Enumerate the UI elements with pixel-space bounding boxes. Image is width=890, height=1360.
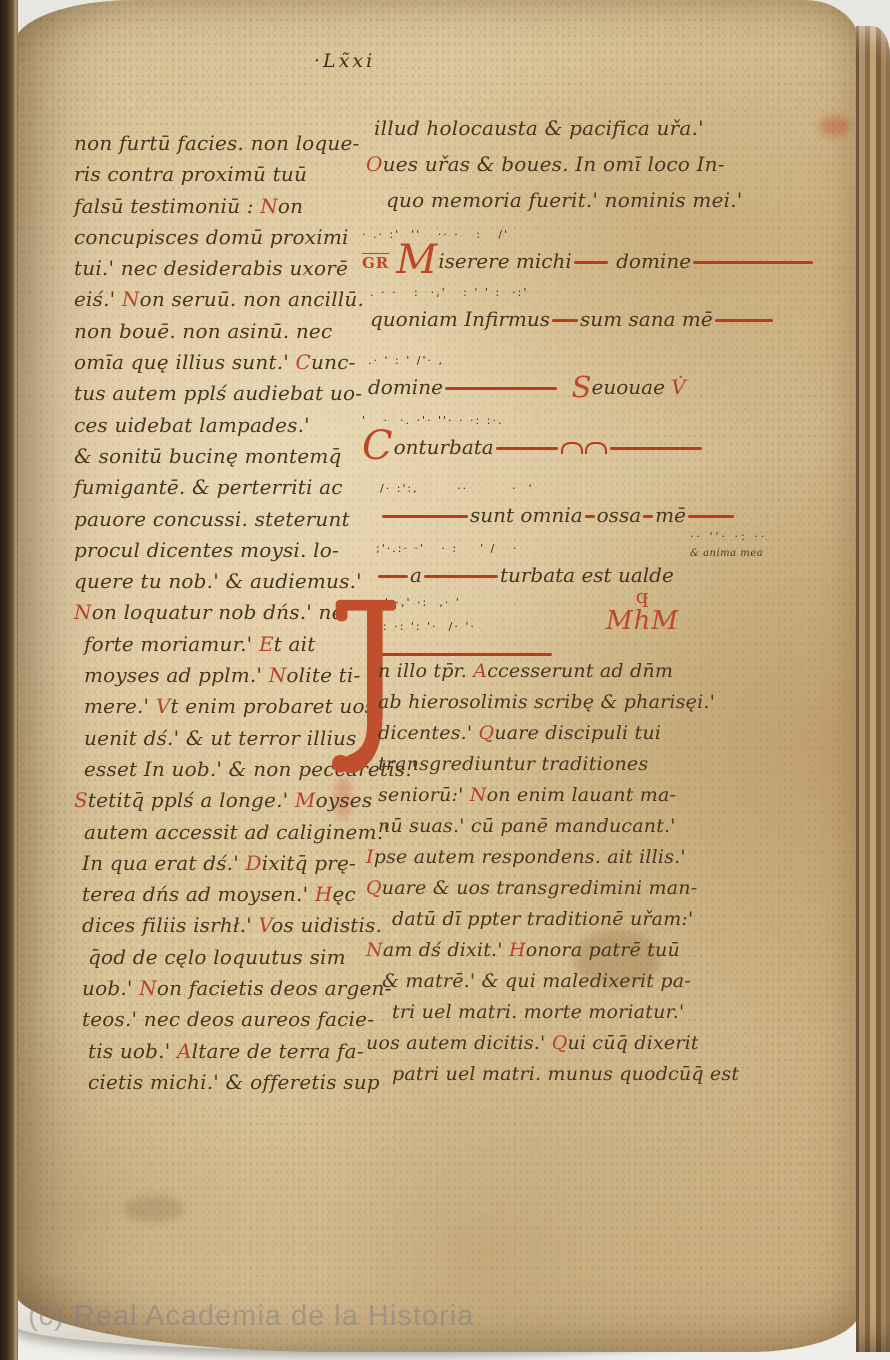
text-run: & matrē.' & qui maledixerit pa- [382,970,691,992]
manuscript-line: fumigantē. & perterriti ac [74,472,386,503]
red-initial: N [139,976,157,1000]
manuscript-line: non furtū facies. non loque- [74,128,386,159]
manuscript-line: quo memoria fuerit.' nominis mei.' [366,182,706,218]
text-run: uare discipuli tui [494,722,661,744]
manuscript-line: Quare & uos transgredimini man- [366,873,718,904]
text-run: procul dicentes moysi. lo- [74,538,339,562]
text-run: mē [655,503,686,527]
gradual-rubric: GR [362,254,389,272]
manuscript-line: teos.' nec deos aureos facie- [74,1004,386,1035]
manuscript-line: falsū testimoniū : Non [74,191,386,222]
text-run: falsū testimoniū : [74,194,260,218]
manuscript-line: q̄od de cęlo loquutus sim [74,942,386,973]
manuscript-line: Nam dś dixit.' Honora patrē tuū [366,935,718,966]
text-run: on loquatur nob dńs.' ne [92,600,344,624]
text-run: eiś.' [74,287,122,311]
chant-line: ' · ·. ·'· ''· · ·: :·.Conturbata [362,414,704,459]
melisma-rule [585,515,595,518]
text-run: euouae [592,375,672,399]
text-run: n illo tp̄r. [378,660,473,682]
red-initial: C [296,350,312,374]
text-run: autem accessit ad caliginem.' [84,820,389,844]
melisma-rule [574,261,608,264]
text-run: tus autem pplś audiebat uo- [74,381,362,405]
manuscript-line: terea dńs ad moysen.' Hęc [74,879,386,910]
chant-text: aturbata est ualde [376,563,674,587]
manuscript-line: tis uob.' Altare de terra fa- [74,1036,386,1067]
text-run: ltare de terra fa- [192,1039,364,1063]
chant-text: sunt omniaossamē [380,503,736,527]
margin-neumes: ·· ''· ·: ·· [690,530,767,548]
red-initial: E [259,632,274,656]
text-run: onturbata [394,435,494,459]
text-run: onora patrē tuū [526,939,680,961]
text-run: concupisces domū proximi [74,225,349,249]
red-initial: N [366,939,383,961]
manuscript-line: concupisces domū proximi [74,222,386,253]
manuscript-line: quere tu nob.' & audiemus.' [74,566,386,597]
manuscript-line: Oues uřas & boues. In omī loco In- [366,146,706,182]
manuscript-line: datū dī ppter traditionē uřam:' [366,904,718,935]
parchment-stain [124,1196,184,1222]
text-run: ixitq̄ prę- [262,851,356,875]
melisma-rule [610,447,702,450]
red-initial: N [269,663,287,687]
manuscript-line: dicentes.' Quare discipuli tui [366,718,718,749]
neume-row: /· :':, ·· · ' [380,482,736,503]
manuscript-line: ces uidebat lampades.' [74,410,386,441]
text-run: uob.' [82,976,139,1000]
text-run: ces uidebat lampades.' [74,413,310,437]
red-initial: H [315,882,333,906]
text-run: domine [368,375,443,399]
chant-line: .· ' : ' /'· ,domine Seuouae V̇ [368,354,686,399]
melisma-rule [693,261,813,264]
chant-line: /· :':, ·· · 'sunt omniaossamē [380,482,736,527]
text-run: mere.' [84,694,156,718]
red-initial: H [509,939,526,961]
text-run: quoniam Infirmus [370,307,550,331]
text-run: tri uel matri. morte moriatur.' [392,1001,684,1023]
neume-row: . · · : ·,' : ' ' : ·:' [370,286,775,307]
manuscript-line: patri uel matri. munus quodcūq̄ est [366,1059,718,1090]
matthew-abbreviation: MhM [606,606,679,636]
manuscript-line: In qua erat dś.' Dixitq̄ prę- [74,848,386,879]
text-run: tetitq̄ pplś a longe.' [88,788,295,812]
chant-initial: M [396,237,437,283]
text-run: iserere michi [438,249,572,273]
text-run: transgrediuntur traditiones [378,753,648,775]
red-initial: N [122,287,140,311]
chant-line: . · · : ·,' : ' ' : ·:'quoniam Infirmuss… [370,286,775,331]
text-run: on enim lauant ma- [487,784,677,806]
manuscript-line: dices filiis isrhł.' Vos uidistis. [74,910,386,941]
text-run: non bouē. non asinū. nec [74,319,332,343]
manuscript-line: uob.' Non facietis deos argen- [74,973,386,1004]
neume-row: ;'·.:· ·' · : ' / · [376,542,674,563]
text-run: uare & uos transgredimini man- [382,877,698,899]
text-run: sunt omnia [470,503,583,527]
manuscript-line: nū suas.' cū panē manducant.' [366,811,718,842]
text-run: seniorū:' [378,784,470,806]
gospel-text-column: n illo tp̄r. Accesserunt ad dn̄mab hiero… [366,656,718,1090]
text-run: uenit dś.' & ut terror illius [84,726,357,750]
text-run: cietis michi.' & offeretis sup [88,1070,380,1094]
manuscript-line: & matrē.' & qui maledixerit pa- [366,966,718,997]
text-run: ris contra proximū tuū [74,162,307,186]
text-run: dices filiis isrhł.' [82,913,258,937]
chant-text: GRMiserere michi domine [362,249,815,273]
manuscript-line: illud holocausta & pacifica uřa.' [366,110,706,146]
text-run: illud holocausta & pacifica uřa.' [374,116,704,140]
manuscript-line: cietis michi.' & offeretis sup [74,1067,386,1098]
right-text-column-top: illud holocausta & pacifica uřa.'Oues uř… [366,110,706,218]
manuscript-line: eiś.' Non seruū. non ancillū. [74,284,386,315]
red-initial: I [366,846,374,868]
manuscript-line: tri uel matri. morte moriatur.' [366,997,718,1028]
margin-gloss-text: & anima mea [690,548,767,559]
melisma-rule [378,575,408,578]
red-initial: N [74,600,92,624]
text-run: pse autem respondens. ait illis.' [374,846,686,868]
manuscript-photo: ·Lx̃xi non furtū facies. non loque-ris c… [0,0,890,1360]
parchment-page: ·Lx̃xi non furtū facies. non loque-ris c… [14,0,860,1352]
neume-row: .· ' : ' /'· , [368,354,686,375]
text-run: domine [610,249,691,273]
red-initial: V [258,913,271,937]
red-initial: D [246,851,262,875]
chant-line: · .· :' '' ·· · : /'GRMiserere michi dom… [362,228,815,273]
text-run [559,375,572,399]
melisma-rule [643,515,653,518]
manuscript-line: pauore concussi. steterunt [74,504,386,535]
binding-gutter [0,0,18,1360]
text-run: teos.' nec deos aureos facie- [82,1007,374,1031]
manuscript-line: tus autem pplś audiebat uo- [74,378,386,409]
manuscript-line: procul dicentes moysi. lo- [74,535,386,566]
text-run: datū dī ppter traditionē uřam:' [392,908,693,930]
red-initial: N [470,784,487,806]
text-run: patri uel matri. munus quodcūq̄ est [392,1063,739,1085]
melisma-rule [445,387,557,390]
red-initial: S [74,788,88,812]
red-initial: Q [479,722,495,744]
red-initial: V̇ [671,375,685,399]
text-run: ccesserunt ad dn̄m [487,660,673,682]
red-initial: V [156,694,171,718]
text-run: moyses ad pplm.' [84,663,269,687]
text-run: fumigantē. & perterriti ac [74,475,343,499]
manuscript-line: ab hierosolimis scribę & pharisęi.' [366,687,718,718]
text-run: dicentes.' [378,722,479,744]
text-run: ui cūq̄ dixerit [567,1032,698,1054]
manuscript-line: uos autem dicitis.' Qui cūq̄ dixerit [366,1028,718,1059]
text-run: uos autem dicitis.' [366,1032,552,1054]
red-initial: M [295,788,316,812]
manuscript-line: seniorū:' Non enim lauant ma- [366,780,718,811]
manuscript-line: tui.' nec desiderabis uxorē [74,253,386,284]
text-run: terea dńs ad moysen.' [82,882,315,906]
manuscript-line: autem accessit ad caliginem.' [74,817,386,848]
neume-squiggle [561,442,583,454]
text-run: forte moriamur.' [84,632,259,656]
text-run: tui.' nec desiderabis uxorē [74,256,348,280]
text-run: nū suas.' cū panē manducant.' [378,815,676,837]
margin-gloss: ·· ''· ·: ·· & anima mea [690,530,767,559]
text-run: a [410,563,422,587]
manuscript-line: ris contra proximū tuū [74,159,386,190]
red-initial: A [177,1039,192,1063]
neume-row: ' · ·. ·'· ''· · ·: :·. [362,414,704,435]
text-run: pauore concussi. steterunt [74,507,350,531]
manuscript-line: & sonitū bucinę montemq̄ [74,441,386,472]
text-run: quere tu nob.' & audiemus.' [74,569,362,593]
page-stack-edge [856,26,890,1352]
red-initial: O [366,152,383,176]
chant-line: ;'·.:· ·' · : ' / ·aturbata est ualde [376,542,674,587]
text-run: ues uřas & boues. In omī loco In- [383,152,725,176]
text-run: unc- [311,350,356,374]
chant-text: domine Seuouae V̇ [368,375,686,399]
manuscript-line: Ipse autem respondens. ait illis.' [366,842,718,873]
text-run: omīa quę illius sunt.' [74,350,296,374]
text-run: non furtū facies. non loque- [74,131,360,155]
text-run: on seruū. non ancillū. [140,287,364,311]
text-run: on [278,194,303,218]
red-initial: N [260,194,278,218]
melisma-rule [715,319,773,322]
chant-text: quoniam Infirmussum sana mē [370,307,775,331]
melisma-rule [382,515,468,518]
chant-text: Conturbata [362,435,704,459]
red-initial: A [473,660,487,682]
text-run: sum sana mē [580,307,713,331]
text-run: In qua erat dś.' [82,851,246,875]
red-initial: Q [552,1032,568,1054]
manuscript-line: non bouē. non asinū. nec [74,316,386,347]
ink-bleedthrough [820,116,850,136]
neume-squiggle [585,442,607,454]
text-run: t ait [274,632,316,656]
text-run: & sonitū bucinę montemq̄ [74,444,342,468]
red-initial: Q [366,877,382,899]
matthew-rubric: q̵ MhM [606,586,679,636]
folio-number: ·Lx̃xi [314,50,375,72]
text-run: ossa [597,503,642,527]
text-run: am dś dixit.' [383,939,509,961]
text-run: ęc [333,882,356,906]
manuscript-line: omīa quę illius sunt.' Cunc- [74,347,386,378]
text-run: q̄od de cęlo loquutus sim [88,945,346,969]
sequentia-siglum: q̵ [606,586,679,606]
melisma-rule [424,575,498,578]
text-run: quo memoria fuerit.' nominis mei.' [386,188,743,212]
text-run: tis uob.' [88,1039,177,1063]
chant-initial: C [362,423,393,469]
melisma-rule [688,515,734,518]
text-run: ab hierosolimis scribę & pharisęi.' [378,691,715,713]
chant-initial: S [572,370,592,404]
manuscript-line: n illo tp̄r. Accesserunt ad dn̄m [366,656,718,687]
melisma-rule [496,447,558,450]
copyright-watermark: (c) Real Academia de la Historia [28,1300,474,1333]
melisma-rule [552,319,578,322]
manuscript-line: transgrediuntur traditiones [366,749,718,780]
text-run: on facietis deos argen- [157,976,392,1000]
